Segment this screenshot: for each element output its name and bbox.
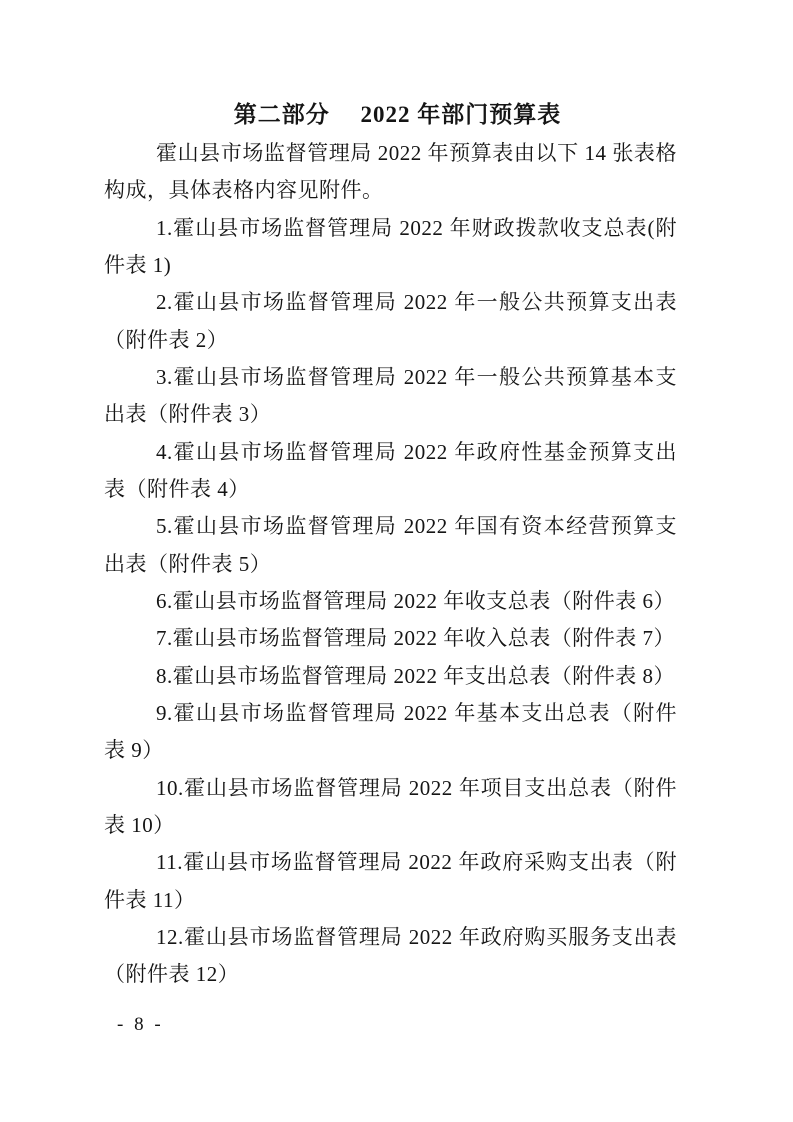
text-line: 5.霍山县市场监督管理局 2022 年国有资本经营预算支	[104, 508, 677, 545]
text-line: 霍山县市场监督管理局 2022 年预算表由以下 14 张表格	[104, 135, 677, 172]
text-line: 8.霍山县市场监督管理局 2022 年支出总表（附件表 8）	[104, 658, 677, 695]
text-line: 件表 1)	[104, 247, 677, 284]
text-line: 表 10）	[104, 807, 677, 844]
page-number-footer: - 8 -	[117, 1013, 164, 1037]
text-line: 件表 11）	[104, 882, 677, 919]
text-line: 10.霍山县市场监督管理局 2022 年项目支出总表（附件	[104, 770, 677, 807]
text-line: 4.霍山县市场监督管理局 2022 年政府性基金预算支出	[104, 434, 677, 471]
text-line: 3.霍山县市场监督管理局 2022 年一般公共预算基本支	[104, 359, 677, 396]
text-line: 构成，具体表格内容见附件。	[104, 172, 677, 209]
text-line: 12.霍山县市场监督管理局 2022 年政府购买服务支出表	[104, 919, 677, 956]
text-line: 出表（附件表 3）	[104, 396, 677, 433]
text-line: 表（附件表 4）	[104, 471, 677, 508]
page-title: 第二部分 2022 年部门预算表	[104, 95, 677, 135]
text-line: （附件表 2）	[104, 322, 677, 359]
text-line: 出表（附件表 5）	[104, 546, 677, 583]
body-text-lines: 霍山县市场监督管理局 2022 年预算表由以下 14 张表格构成，具体表格内容见…	[104, 135, 677, 994]
document-body: 第二部分 2022 年部门预算表 霍山县市场监督管理局 2022 年预算表由以下…	[104, 95, 677, 994]
text-line: 9.霍山县市场监督管理局 2022 年基本支出总表（附件	[104, 695, 677, 732]
text-line: 6.霍山县市场监督管理局 2022 年收支总表（附件表 6）	[104, 583, 677, 620]
text-line: 1.霍山县市场监督管理局 2022 年财政拨款收支总表(附	[104, 210, 677, 247]
text-line: （附件表 12）	[104, 956, 677, 993]
text-line: 11.霍山县市场监督管理局 2022 年政府采购支出表（附	[104, 844, 677, 881]
document-page: 第二部分 2022 年部门预算表 霍山县市场监督管理局 2022 年预算表由以下…	[0, 0, 793, 1122]
text-line: 2.霍山县市场监督管理局 2022 年一般公共预算支出表	[104, 284, 677, 321]
text-line: 表 9）	[104, 732, 677, 769]
text-line: 7.霍山县市场监督管理局 2022 年收入总表（附件表 7）	[104, 620, 677, 657]
